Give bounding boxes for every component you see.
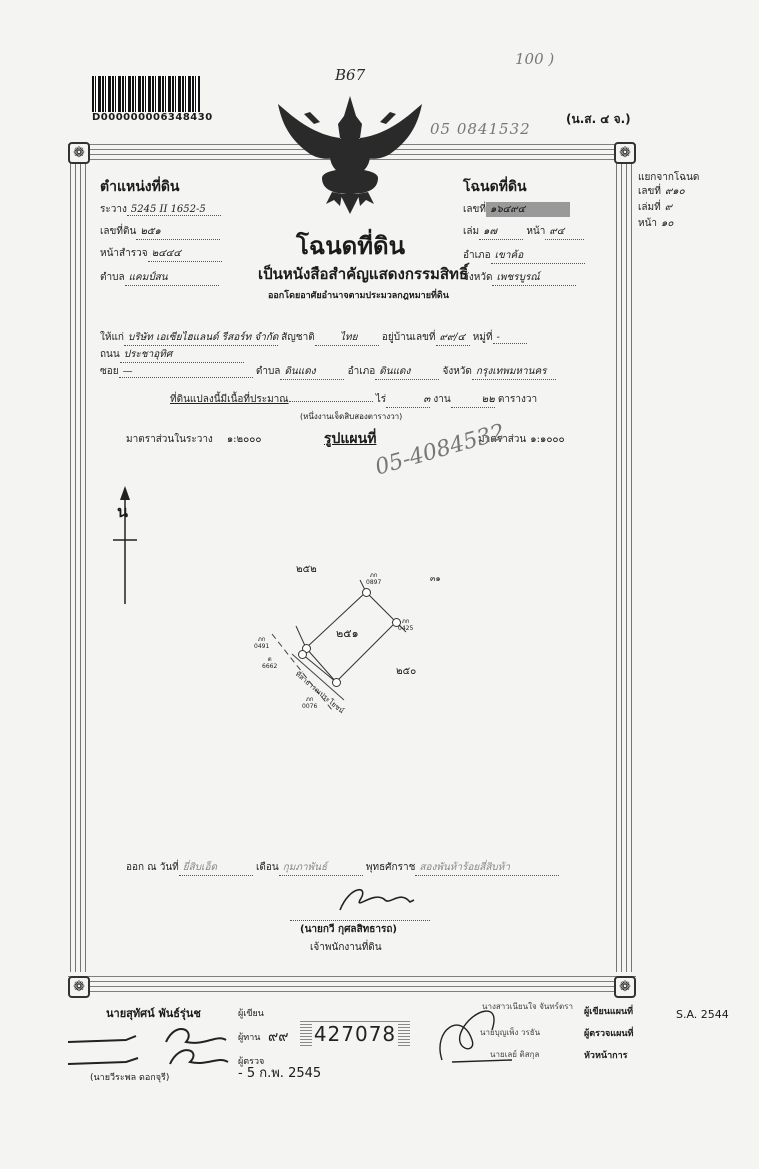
marker-label: ภก0425 bbox=[398, 618, 413, 632]
area-in-words: (หนึ่งงานเจ็ดสิบสองตารางวา) bbox=[300, 410, 402, 423]
date-stamp: - 5 ก.พ. 2545 bbox=[238, 1062, 321, 1083]
field-volume: เล่ม๑๗ หน้า๙๔ bbox=[463, 224, 584, 240]
marker-label: ภก0076 bbox=[302, 696, 317, 710]
boundary-marker-icon bbox=[332, 678, 341, 687]
field-tambon: ตำบลแคมป์สน bbox=[100, 270, 219, 286]
serial-number-box: 427078 bbox=[300, 1020, 410, 1048]
officer-signature bbox=[330, 880, 430, 920]
marker-label: ต6662 bbox=[262, 656, 277, 670]
decorative-border-right bbox=[614, 160, 636, 972]
field-deed-no: เลขที่๑๖๔๙๔ bbox=[463, 202, 570, 217]
decorative-border-left bbox=[68, 160, 90, 972]
ornament-corner-icon: ❁ bbox=[68, 976, 90, 998]
plan-title: รูปแผนที่ bbox=[324, 428, 376, 450]
stamp-number-top: 05 0841532 bbox=[430, 120, 531, 138]
parcel-map bbox=[240, 550, 480, 720]
field-survey-page: หน้าสำรวจ๒๔๔๔ bbox=[100, 246, 222, 262]
split-from-page: หน้า๑๐ bbox=[638, 216, 674, 231]
map-writer-role: ผู้เขียนแผนที่ bbox=[584, 1004, 633, 1018]
garuda-emblem-icon bbox=[270, 94, 430, 216]
boundary-marker-icon bbox=[362, 588, 371, 597]
barcode bbox=[92, 76, 200, 112]
writer-role: ผู้เขียน bbox=[238, 1006, 264, 1020]
footer-signatures bbox=[66, 1020, 236, 1070]
owner-line-2: ถนนประชาอุทิศ bbox=[100, 347, 244, 363]
document-title: โฉนดที่ดิน bbox=[296, 226, 405, 265]
survey-reference: S.A. 2544 bbox=[676, 1008, 729, 1021]
marker-label: ภก0897 bbox=[366, 572, 381, 586]
document-subtitle: เป็นหนังสือสำคัญแสดงกรรมสิทธิ์ bbox=[258, 262, 468, 286]
ornament-corner-icon: ❁ bbox=[68, 142, 90, 164]
surveyor-name: นายบุญเพ็ง วรธัน bbox=[480, 1026, 540, 1039]
issued-by-text: ออกโดยอาศัยอำนาจตามประมวลกฎหมายที่ดิน bbox=[268, 288, 449, 302]
north-label: น bbox=[117, 500, 128, 525]
field-province: จังหวัดเพชรบูรณ์ bbox=[463, 270, 576, 286]
issue-date-line: ออก ณ วันที่ยี่สิบเอ็ด เดือนกุมภาพันธ์ พ… bbox=[126, 860, 559, 876]
field-parcel-no: เลขที่ดิน๒๕๑ bbox=[100, 224, 220, 240]
officer-title: เจ้าพนักงานที่ดิน bbox=[310, 940, 382, 955]
neighbor-parcel-label: ๓๑ bbox=[430, 572, 441, 585]
officer-name: (นายกวี กุศลสิทธารถ) bbox=[300, 922, 397, 937]
map-scale: มาตราส่วนในระวาง๑:๒๐๐๐ bbox=[126, 432, 261, 447]
map-writer-name: นางสาวเนียนใจ จันทร์ตรา bbox=[482, 1000, 573, 1013]
checker-name: (นายวีระพล ดอกจุรี) bbox=[90, 1070, 169, 1084]
barcode-number: D000000006348430 bbox=[92, 112, 213, 123]
area-line: ที่ดินแปลงนี้มีเนื้อที่ประมาณ ไร่๓ งาน๒๒… bbox=[170, 392, 537, 408]
field-amphoe: อำเภอเขาค้อ bbox=[463, 248, 585, 264]
neighbor-parcel-label: ๒๕๒ bbox=[296, 562, 317, 577]
neighbor-parcel-label: ๒๕๐ bbox=[396, 664, 416, 679]
owner-line-3: ซอย— ตำบลดินแดง อำเภอดินแดง จังหวัดกรุงเ… bbox=[100, 364, 556, 380]
handwritten-note-top: B67 bbox=[335, 66, 365, 84]
boundary-marker-icon bbox=[298, 650, 307, 659]
parcel-center-label: ๒๕๑ bbox=[336, 624, 359, 642]
split-from-no: เลขที่๙๑๐ bbox=[638, 184, 685, 199]
marker-label: ภก0491 bbox=[254, 636, 269, 650]
owner-line-1: ให้แก่บริษัท เอเซียไฮแลนด์ รีสอร์ท จำกัด… bbox=[100, 330, 527, 346]
split-from-volume: เล่มที่๙ bbox=[638, 200, 672, 215]
split-from-label: แยกจากโฉนด bbox=[638, 170, 699, 185]
deed-heading: โฉนดที่ดิน bbox=[463, 176, 527, 198]
diagonal-handwritten-number: 05-4084532 bbox=[373, 420, 508, 481]
surveyor-role: ผู้ตรวจแผนที่ bbox=[584, 1026, 633, 1040]
chief-name: นายเลย์ ติสกุล bbox=[490, 1048, 539, 1061]
field-sheet: ระวาง5245 II 1652-5 bbox=[100, 202, 221, 217]
serial-prefix: ๙๙ bbox=[268, 1026, 289, 1048]
land-position-heading: ตำแหน่งที่ดิน bbox=[100, 176, 180, 198]
form-code: (น.ส. ๔ จ.) bbox=[566, 110, 631, 129]
handwritten-note-top-right: 100 ) bbox=[515, 50, 554, 68]
reader-role: ผู้ทาน bbox=[238, 1030, 260, 1044]
ornament-corner-icon: ❁ bbox=[614, 976, 636, 998]
chief-role: หัวหน้าการ bbox=[584, 1048, 627, 1062]
signature-line bbox=[290, 920, 430, 921]
decorative-border-bottom bbox=[68, 972, 636, 994]
ornament-corner-icon: ❁ bbox=[614, 142, 636, 164]
